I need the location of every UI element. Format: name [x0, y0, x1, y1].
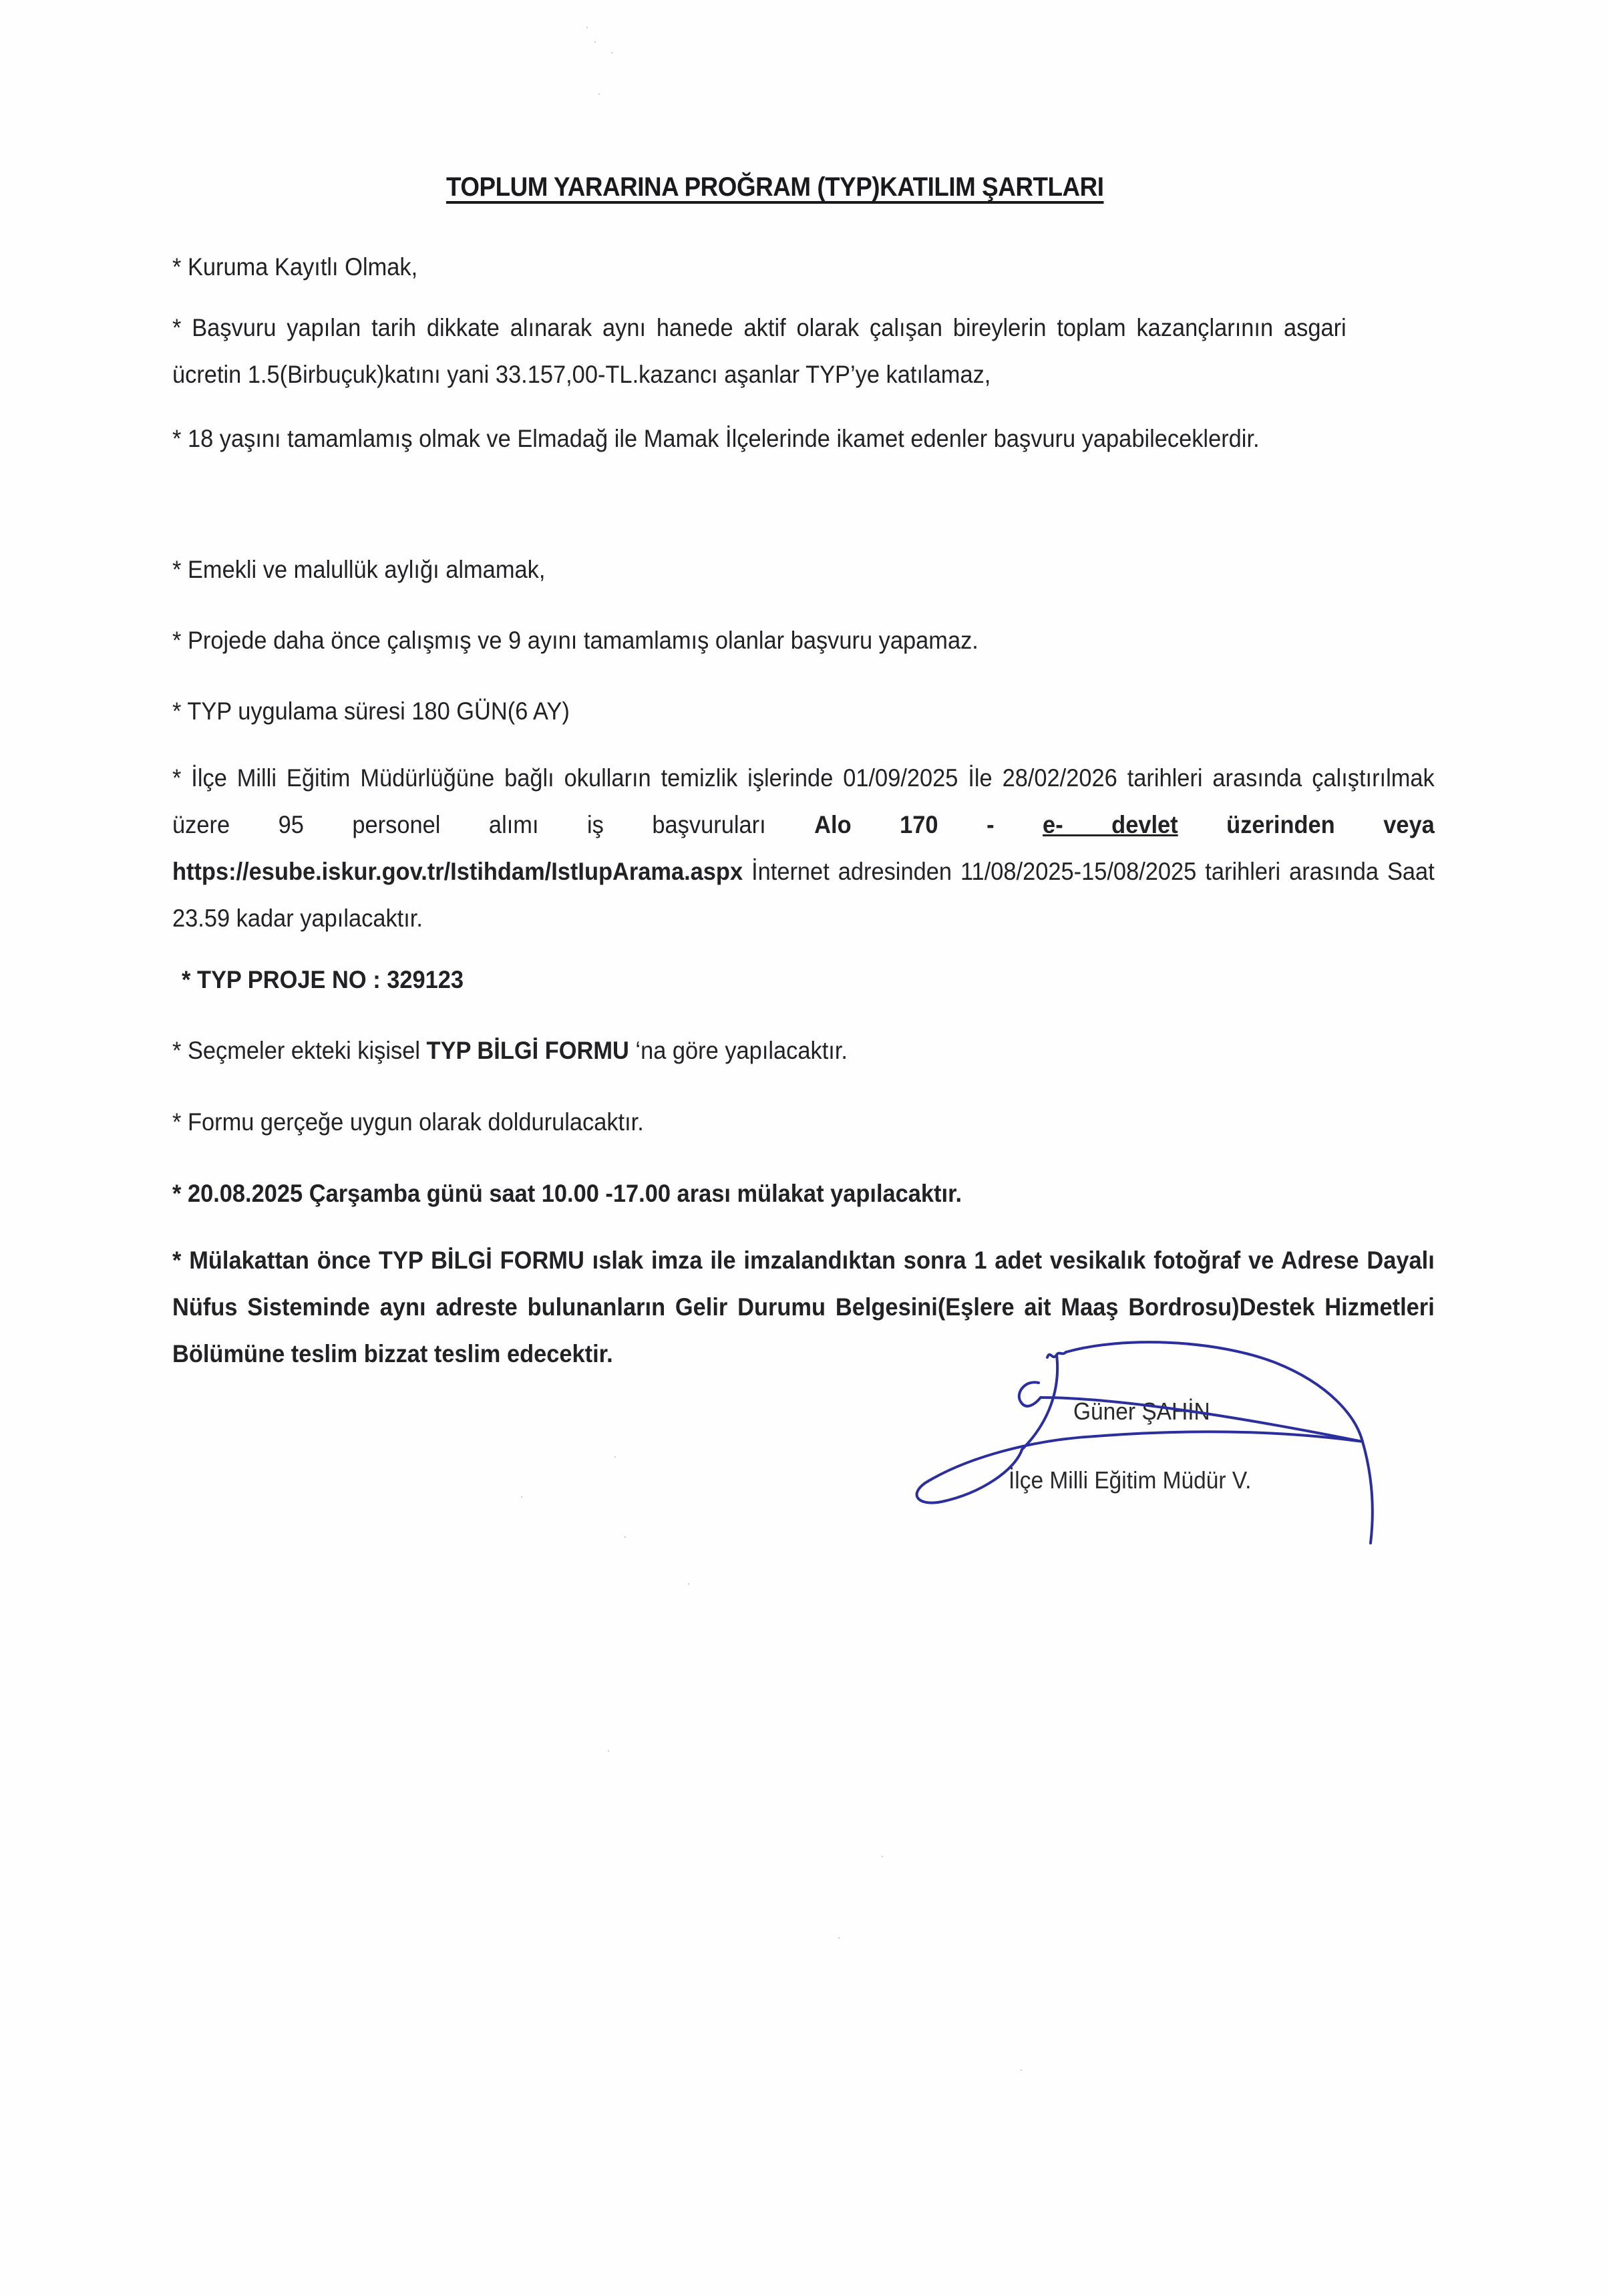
- requirement-household-income: * Başvuru yapılan tarih dikkate alınarak…: [172, 305, 1347, 398]
- selection-criteria: * Seçmeler ekteki kişisel TYP BİLGİ FORM…: [172, 1027, 1347, 1074]
- scan-artifact: [598, 94, 600, 95]
- signatory-title: İlçe Milli Eğitim Müdür V.: [1009, 1466, 1251, 1494]
- signatory-name: Güner ŞAHİN: [1073, 1398, 1210, 1426]
- typ-form-label: TYP BİLGİ FORMU: [427, 1037, 629, 1064]
- requirement-registered: * Kuruma Kayıtlı Olmak,: [172, 244, 1347, 291]
- document-title: TOPLUM YARARINA PROĞRAM (TYP)KATILIM ŞAR…: [446, 172, 1103, 202]
- requirement-not-previously-worked: * Projede daha önce çalışmış ve 9 ayını …: [172, 617, 1347, 664]
- scan-artifact: [882, 1856, 883, 1857]
- program-duration: * TYP uygulama süresi 180 GÜN(6 AY): [172, 688, 1347, 735]
- scan-artifact: [586, 27, 588, 28]
- document-submission-instructions: * Mülakattan önce TYP BİLGİ FORMU ıslak …: [172, 1237, 1435, 1377]
- requirement-no-pension: * Emekli ve malullük aylığı almamak,: [172, 546, 1347, 593]
- alo-170-label: Alo 170 -: [814, 811, 1043, 838]
- scan-artifact: [521, 1496, 522, 1498]
- scanned-document-page: TOPLUM YARARINA PROĞRAM (TYP)KATILIM ŞAR…: [0, 0, 1609, 2296]
- scan-artifact: [614, 1456, 616, 1458]
- application-details: * İlçe Milli Eğitim Müdürlüğüne bağlı ok…: [172, 755, 1435, 942]
- scan-artifact: [838, 1937, 840, 1939]
- e-devlet-link[interactable]: e- devlet: [1043, 811, 1178, 838]
- scan-artifact: [624, 1536, 626, 1538]
- form-fill-instruction: * Formu gerçeğe uygun olarak doldurulaca…: [172, 1099, 1347, 1146]
- project-number: * TYP PROJE NO : 329123: [182, 957, 1356, 1003]
- scan-artifact: [688, 1583, 689, 1585]
- selection-text-part2: ‘na göre yapılacaktır.: [629, 1037, 848, 1064]
- scan-artifact: [611, 52, 612, 53]
- scan-artifact: [594, 41, 596, 43]
- scan-artifact: [608, 1750, 609, 1752]
- interview-date: * 20.08.2025 Çarşamba günü saat 10.00 -1…: [172, 1170, 1347, 1217]
- scan-artifact: [1021, 2070, 1022, 2071]
- requirement-age-residence: * 18 yaşını tamamlamış olmak ve Elmadağ …: [172, 416, 1347, 462]
- selection-text-part1: * Seçmeler ekteki kişisel: [172, 1037, 427, 1064]
